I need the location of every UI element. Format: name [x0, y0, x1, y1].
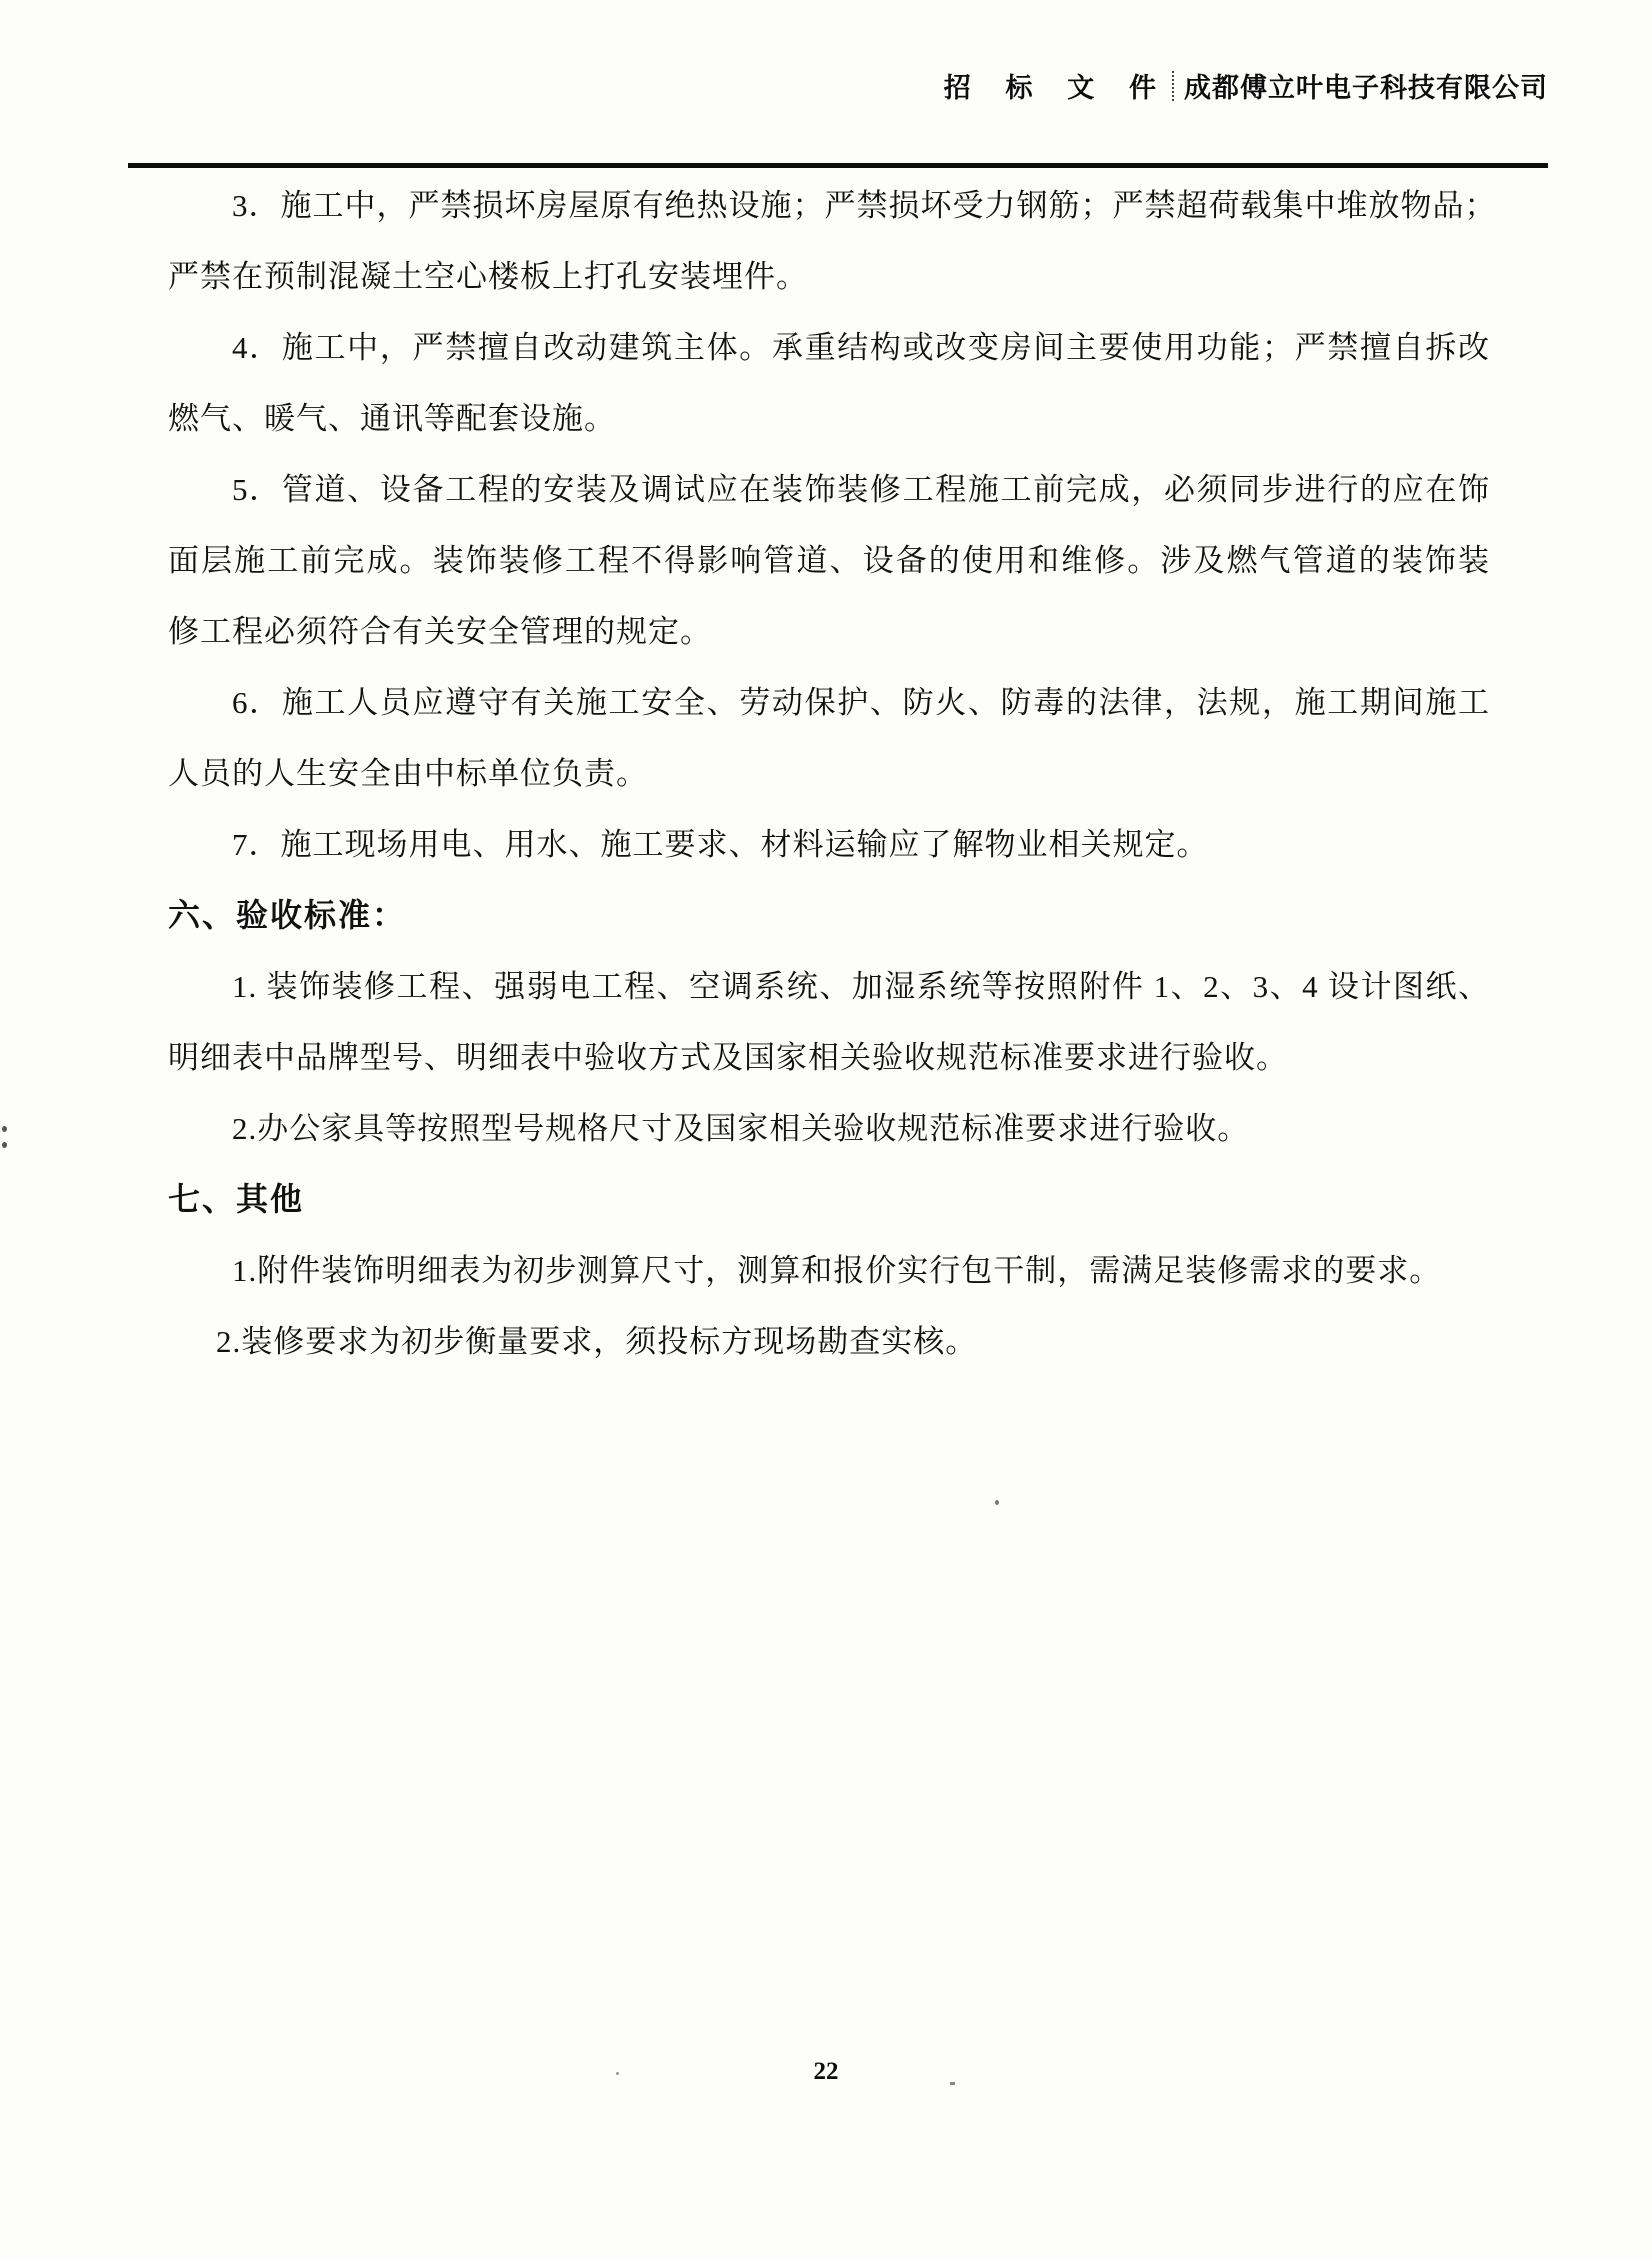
document-page: 招 标 文 件 成都傅立叶电子科技有限公司 3．施工中，严禁损坏房屋原有绝热设施… [0, 0, 1652, 2259]
scan-artifact [950, 2082, 955, 2085]
text-line: 2.装修要求为初步衡量要求，须投标方现场勘查实核。 [168, 1306, 1490, 1377]
scan-artifact [2, 1142, 7, 1148]
page-header: 招 标 文 件 成都傅立叶电子科技有限公司 [944, 66, 1548, 105]
section-heading: 七、其他 [168, 1164, 1490, 1235]
text-line: 明细表中品牌型号、明细表中验收方式及国家相关验收规范标准要求进行验收。 [168, 1022, 1490, 1093]
scan-artifact [995, 1500, 999, 1505]
text-line: 4．施工中，严禁擅自改动建筑主体。承重结构或改变房间主要使用功能；严禁擅自拆改 [168, 312, 1490, 383]
text-line: 2.办公家具等按照型号规格尺寸及国家相关验收规范标准要求进行验收。 [168, 1093, 1490, 1164]
text-line: 7．施工现场用电、用水、施工要求、材料运输应了解物业相关规定。 [168, 809, 1490, 880]
page-number: 22 [0, 2058, 1652, 2086]
header-divider [1172, 71, 1174, 101]
text-line: 面层施工前完成。装饰装修工程不得影响管道、设备的使用和维修。涉及燃气管道的装饰装 [168, 525, 1490, 596]
scan-artifact [2, 1126, 7, 1132]
text-line: 严禁在预制混凝土空心楼板上打孔安装埋件。 [168, 241, 1490, 312]
text-line: 1.附件装饰明细表为初步测算尺寸，测算和报价实行包干制，需满足装修需求的要求。 [168, 1235, 1490, 1306]
header-company-name: 成都傅立叶电子科技有限公司 [1184, 66, 1548, 105]
text-line: 5．管道、设备工程的安装及调试应在装饰装修工程施工前完成，必须同步进行的应在饰 [168, 454, 1490, 525]
header-doc-type: 招 标 文 件 [944, 66, 1170, 105]
text-line: 燃气、暖气、通讯等配套设施。 [168, 383, 1490, 454]
section-heading: 六、验收标准： [168, 880, 1490, 951]
header-rule [128, 163, 1548, 168]
text-line: 3．施工中，严禁损坏房屋原有绝热设施；严禁损坏受力钢筋；严禁超荷载集中堆放物品； [168, 170, 1490, 241]
scan-artifact [616, 2072, 619, 2075]
document-body: 3．施工中，严禁损坏房屋原有绝热设施；严禁损坏受力钢筋；严禁超荷载集中堆放物品；… [168, 170, 1490, 1377]
text-line: 修工程必须符合有关安全管理的规定。 [168, 596, 1490, 667]
text-line: 6．施工人员应遵守有关施工安全、劳动保护、防火、防毒的法律，法规，施工期间施工 [168, 667, 1490, 738]
text-line: 1. 装饰装修工程、强弱电工程、空调系统、加湿系统等按照附件 1、2、3、4 设… [168, 951, 1490, 1022]
text-line: 人员的人生安全由中标单位负责。 [168, 738, 1490, 809]
